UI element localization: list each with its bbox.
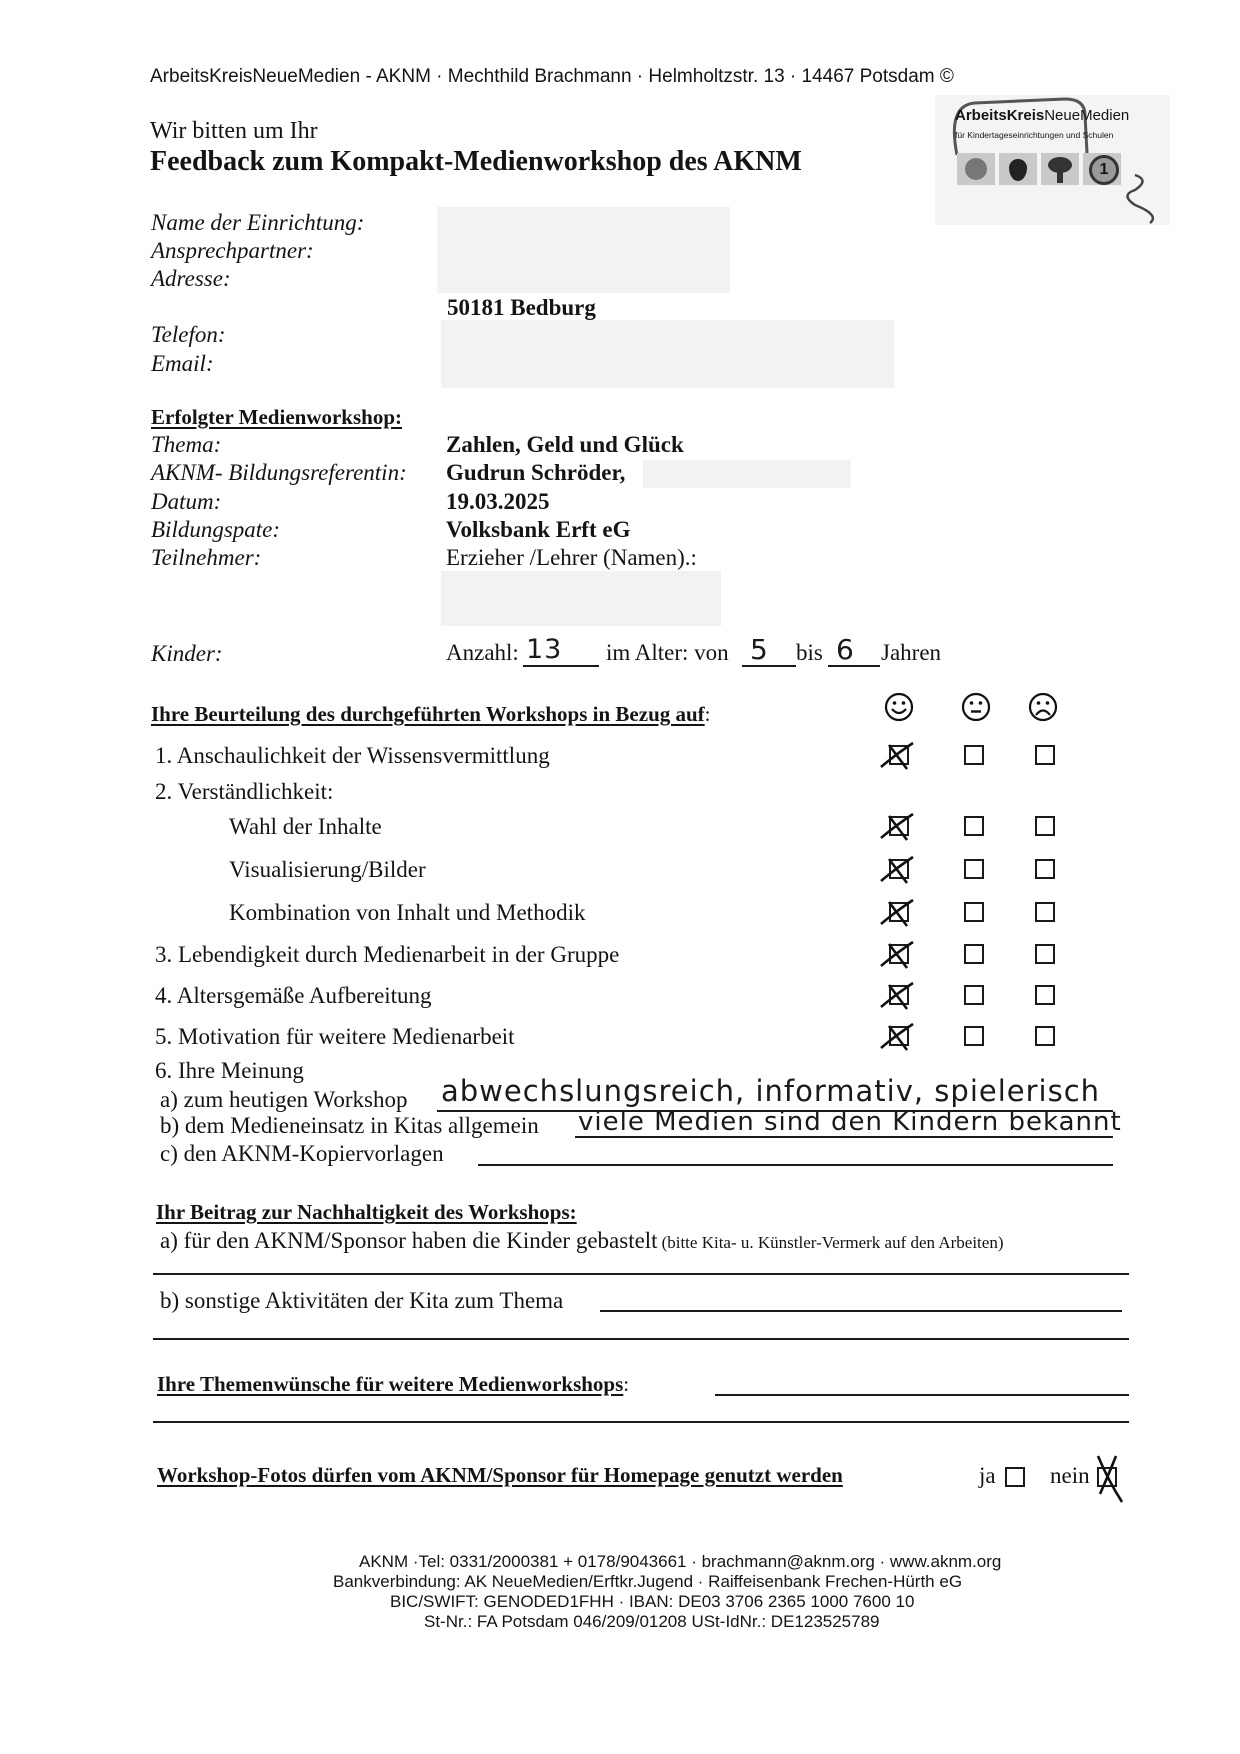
children-label: Kinder: [151, 641, 223, 667]
check-mark-icon [877, 810, 917, 844]
rating-item-2c: Kombination von Inhalt und Methodik [229, 900, 585, 926]
topic-value: Zahlen, Geld und Glück [446, 432, 684, 458]
rating-item-3: 3. Lebendigkeit durch Medienarbeit in de… [155, 942, 619, 968]
rating-checkbox-neutral[interactable] [964, 816, 984, 836]
neutral-face-icon [961, 692, 991, 722]
page-title: Feedback zum Kompakt-Medienworkshop des … [150, 146, 802, 178]
opinion-heading: 6. Ihre Meinung [155, 1058, 304, 1084]
opinion-b-value[interactable]: viele Medien sind den Kindern bekannt [578, 1107, 1122, 1137]
email-label: Email: [151, 351, 214, 377]
logo-subtitle: für Kindertageseinrichtungen und Schulen [955, 130, 1113, 140]
rating-item-1: 1. Anschaulichkeit der Wissensvermittlun… [155, 743, 550, 769]
address-label: Adresse: [151, 266, 231, 292]
rating-checkbox-neutral[interactable] [964, 944, 984, 964]
sustainability-b-line[interactable] [600, 1310, 1122, 1312]
footer-bank: Bankverbindung: AK NeueMedien/Erftkr.Jug… [333, 1572, 962, 1592]
aknm-logo: ArbeitsKreisNeueMedien für Kindertagesei… [935, 95, 1170, 225]
redacted-participants [441, 571, 721, 626]
redacted-phone-email [441, 320, 894, 388]
age-to-line [828, 665, 880, 667]
opinion-c-line[interactable] [478, 1164, 1113, 1166]
opinion-a-label: a) zum heutigen Workshop [160, 1087, 407, 1113]
sponsor-value: Volksbank Erft eG [446, 517, 630, 543]
referent-label: AKNM- Bildungsreferentin: [151, 460, 407, 486]
name-label: Name der Einrichtung: [151, 210, 364, 236]
sponsor-label: Bildungspate: [151, 517, 280, 543]
check-mark-icon [877, 896, 917, 930]
rating-item-2a: Wahl der Inhalte [229, 814, 382, 840]
address-city: 50181 Bedburg [447, 295, 596, 321]
age-to-label: bis [796, 640, 823, 666]
children-count-label: Anzahl: [446, 640, 519, 666]
apple-icon [957, 153, 995, 185]
rating-checkbox-sad[interactable] [1035, 902, 1055, 922]
footer-tax: St-Nr.: FA Potsdam 046/209/01208 USt-IdN… [424, 1612, 880, 1632]
rating-checkbox-sad[interactable] [1035, 944, 1055, 964]
rating-item-4: 4. Altersgemäße Aufbereitung [155, 983, 432, 1009]
rating-item-2: 2. Verständlichkeit: [155, 779, 333, 805]
redacted-referent [643, 460, 851, 488]
sustainability-b-label: b) sonstige Aktivitäten der Kita zum The… [160, 1288, 563, 1314]
redacted-name-address [437, 207, 730, 293]
rating-checkbox-sad[interactable] [1035, 1026, 1055, 1046]
opinion-b-line [575, 1136, 1113, 1138]
sustainability-a: a) für den AKNM/Sponsor haben die Kinder… [160, 1228, 1003, 1254]
contact-person-label: Ansprechpartner: [151, 238, 314, 264]
happy-face-icon [884, 692, 914, 722]
drop-icon [999, 153, 1037, 185]
participants-hint: Erzieher /Lehrer (Namen).: [446, 545, 697, 571]
rating-item-5: 5. Motivation für weitere Medienarbeit [155, 1024, 515, 1050]
rating-checkbox-neutral[interactable] [964, 859, 984, 879]
children-count-line [523, 665, 599, 667]
workshop-heading: Erfolgter Medienworkshop: [151, 405, 402, 430]
rating-checkbox-sad[interactable] [1035, 985, 1055, 1005]
opinion-b-label: b) dem Medieneinsatz in Kitas allgemein [160, 1113, 539, 1139]
sustainability-heading: Ihr Beitrag zur Nachhaltigkeit des Works… [156, 1200, 577, 1225]
photos-question: Workshop-Fotos dürfen vom AKNM/Sponsor f… [157, 1463, 843, 1488]
sustainability-a-line[interactable] [153, 1273, 1129, 1275]
footer-iban: BIC/SWIFT: GENODED1FHH · IBAN: DE03 3706… [390, 1592, 914, 1612]
topic-label: Thema: [151, 432, 221, 458]
date-label: Datum: [151, 489, 221, 515]
years-label: Jahren [881, 640, 941, 666]
photos-no-check-mark-icon [1092, 1450, 1130, 1506]
check-mark-icon [877, 853, 917, 887]
wishes-heading: Ihre Themenwünsche für weitere Medienwor… [157, 1372, 629, 1397]
rating-checkbox-sad[interactable] [1035, 745, 1055, 765]
age-to-value[interactable]: 6 [836, 633, 855, 666]
number-one-icon: 1 [1083, 153, 1121, 185]
participants-label: Teilnehmer: [151, 545, 261, 571]
children-count-value[interactable]: 13 [526, 634, 562, 665]
rating-checkbox-neutral[interactable] [964, 1026, 984, 1046]
check-mark-icon [877, 938, 917, 972]
rating-checkbox-sad[interactable] [1035, 859, 1055, 879]
phone-label: Telefon: [151, 322, 226, 348]
wishes-line[interactable] [715, 1394, 1129, 1396]
rating-heading: Ihre Beurteilung des durchgeführten Work… [151, 702, 711, 727]
check-mark-icon [877, 1020, 917, 1054]
rating-checkbox-neutral[interactable] [964, 745, 984, 765]
rating-checkbox-neutral[interactable] [964, 902, 984, 922]
tree-icon [1041, 153, 1079, 185]
photos-no-label: nein [1050, 1463, 1090, 1489]
wishes-line-2[interactable] [153, 1421, 1129, 1423]
header-intro: Wir bitten um Ihr [150, 118, 318, 145]
opinion-a-value[interactable]: abwechslungsreich, informativ, spieleris… [441, 1074, 1100, 1108]
sad-face-icon [1028, 692, 1058, 722]
age-from-line [742, 665, 796, 667]
logo-title: ArbeitsKreisNeueMedien [955, 107, 1129, 124]
footer-contact: AKNM ·Tel: 0331/2000381 + 0178/9043661 ·… [359, 1552, 1001, 1572]
photos-yes-label: ja [979, 1463, 996, 1489]
check-mark-icon [877, 739, 917, 773]
header-address-line: ArbeitsKreisNeueMedien - AKNM · Mechthil… [150, 66, 954, 88]
age-from-value[interactable]: 5 [750, 633, 769, 666]
photos-yes-checkbox[interactable] [1005, 1467, 1025, 1487]
sustainability-b-line-2[interactable] [153, 1338, 1129, 1340]
age-from-label: im Alter: von [606, 640, 729, 666]
referent-value: Gudrun Schröder, [446, 460, 625, 486]
rating-checkbox-neutral[interactable] [964, 985, 984, 1005]
opinion-c-label: c) den AKNM-Kopiervorlagen [160, 1141, 444, 1167]
check-mark-icon [877, 979, 917, 1013]
rating-checkbox-sad[interactable] [1035, 816, 1055, 836]
rating-item-2b: Visualisierung/Bilder [229, 857, 426, 883]
date-value: 19.03.2025 [446, 489, 550, 515]
